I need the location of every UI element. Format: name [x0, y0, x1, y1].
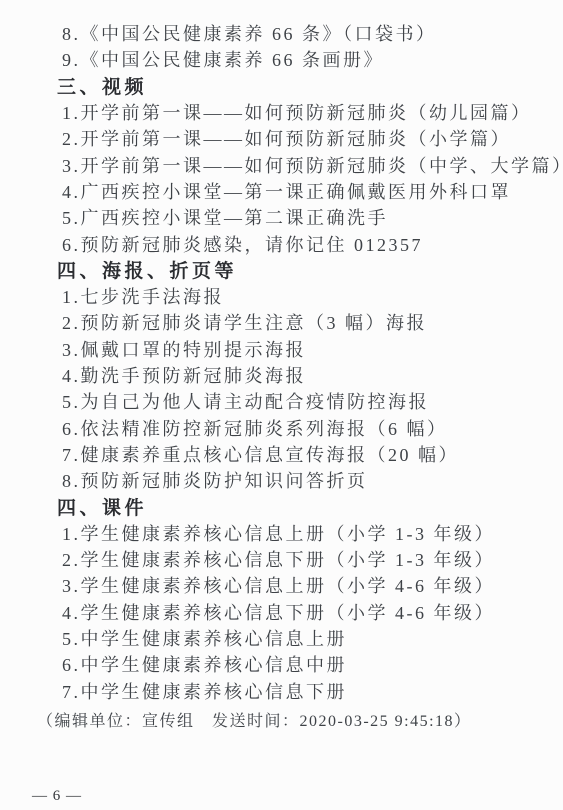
list-item: 6.预防新冠肺炎感染，请你记住 012357	[0, 230, 563, 256]
footer-note: （编辑单位：宣传组 发送时间：2020-03-25 9:45:18）	[0, 707, 563, 733]
list-item: 7.中学生健康素养核心信息下册	[0, 677, 563, 703]
list-item: 6.依法精准防控新冠肺炎系列海报（6 幅）	[0, 414, 563, 440]
list-item: 9.《中国公民健康素养 66 条画册》	[0, 46, 563, 72]
document-page: 8.《中国公民健康素养 66 条》（口袋书） 9.《中国公民健康素养 66 条画…	[0, 0, 563, 810]
list-item: 4.广西疾控小课堂—第一课正确佩戴医用外科口罩	[0, 178, 563, 204]
list-item: 5.为自己为他人请主动配合疫情防控海报	[0, 388, 563, 414]
list-item: 8.《中国公民健康素养 66 条》（口袋书）	[0, 20, 563, 46]
document-body: 8.《中国公民健康素养 66 条》（口袋书） 9.《中国公民健康素养 66 条画…	[0, 0, 563, 733]
list-item: 2.开学前第一课——如何预防新冠肺炎（小学篇）	[0, 125, 563, 151]
list-item: 2.学生健康素养核心信息下册（小学 1-3 年级）	[0, 546, 563, 572]
section-heading: 三、视频	[0, 73, 563, 99]
list-item: 5.中学生健康素养核心信息上册	[0, 625, 563, 651]
list-item: 6.中学生健康素养核心信息中册	[0, 651, 563, 677]
list-item: 1.七步洗手法海报	[0, 283, 563, 309]
list-item: 3.学生健康素养核心信息上册（小学 4-6 年级）	[0, 572, 563, 598]
list-item: 5.广西疾控小课堂—第二课正确洗手	[0, 204, 563, 230]
section-heading: 四、海报、折页等	[0, 257, 563, 283]
list-item: 4.勤洗手预防新冠肺炎海报	[0, 362, 563, 388]
list-item: 1.开学前第一课——如何预防新冠肺炎（幼儿园篇）	[0, 99, 563, 125]
list-item: 1.学生健康素养核心信息上册（小学 1-3 年级）	[0, 520, 563, 546]
list-item: 8.预防新冠肺炎防护知识问答折页	[0, 467, 563, 493]
section-heading: 四、课件	[0, 493, 563, 519]
list-item: 4.学生健康素养核心信息下册（小学 4-6 年级）	[0, 599, 563, 625]
list-item: 3.开学前第一课——如何预防新冠肺炎（中学、大学篇）	[0, 151, 563, 177]
list-item: 7.健康素养重点核心信息宣传海报（20 幅）	[0, 441, 563, 467]
page-number: — 6 —	[32, 788, 82, 805]
list-item: 2.预防新冠肺炎请学生注意（3 幅）海报	[0, 309, 563, 335]
list-item: 3.佩戴口罩的特别提示海报	[0, 336, 563, 362]
